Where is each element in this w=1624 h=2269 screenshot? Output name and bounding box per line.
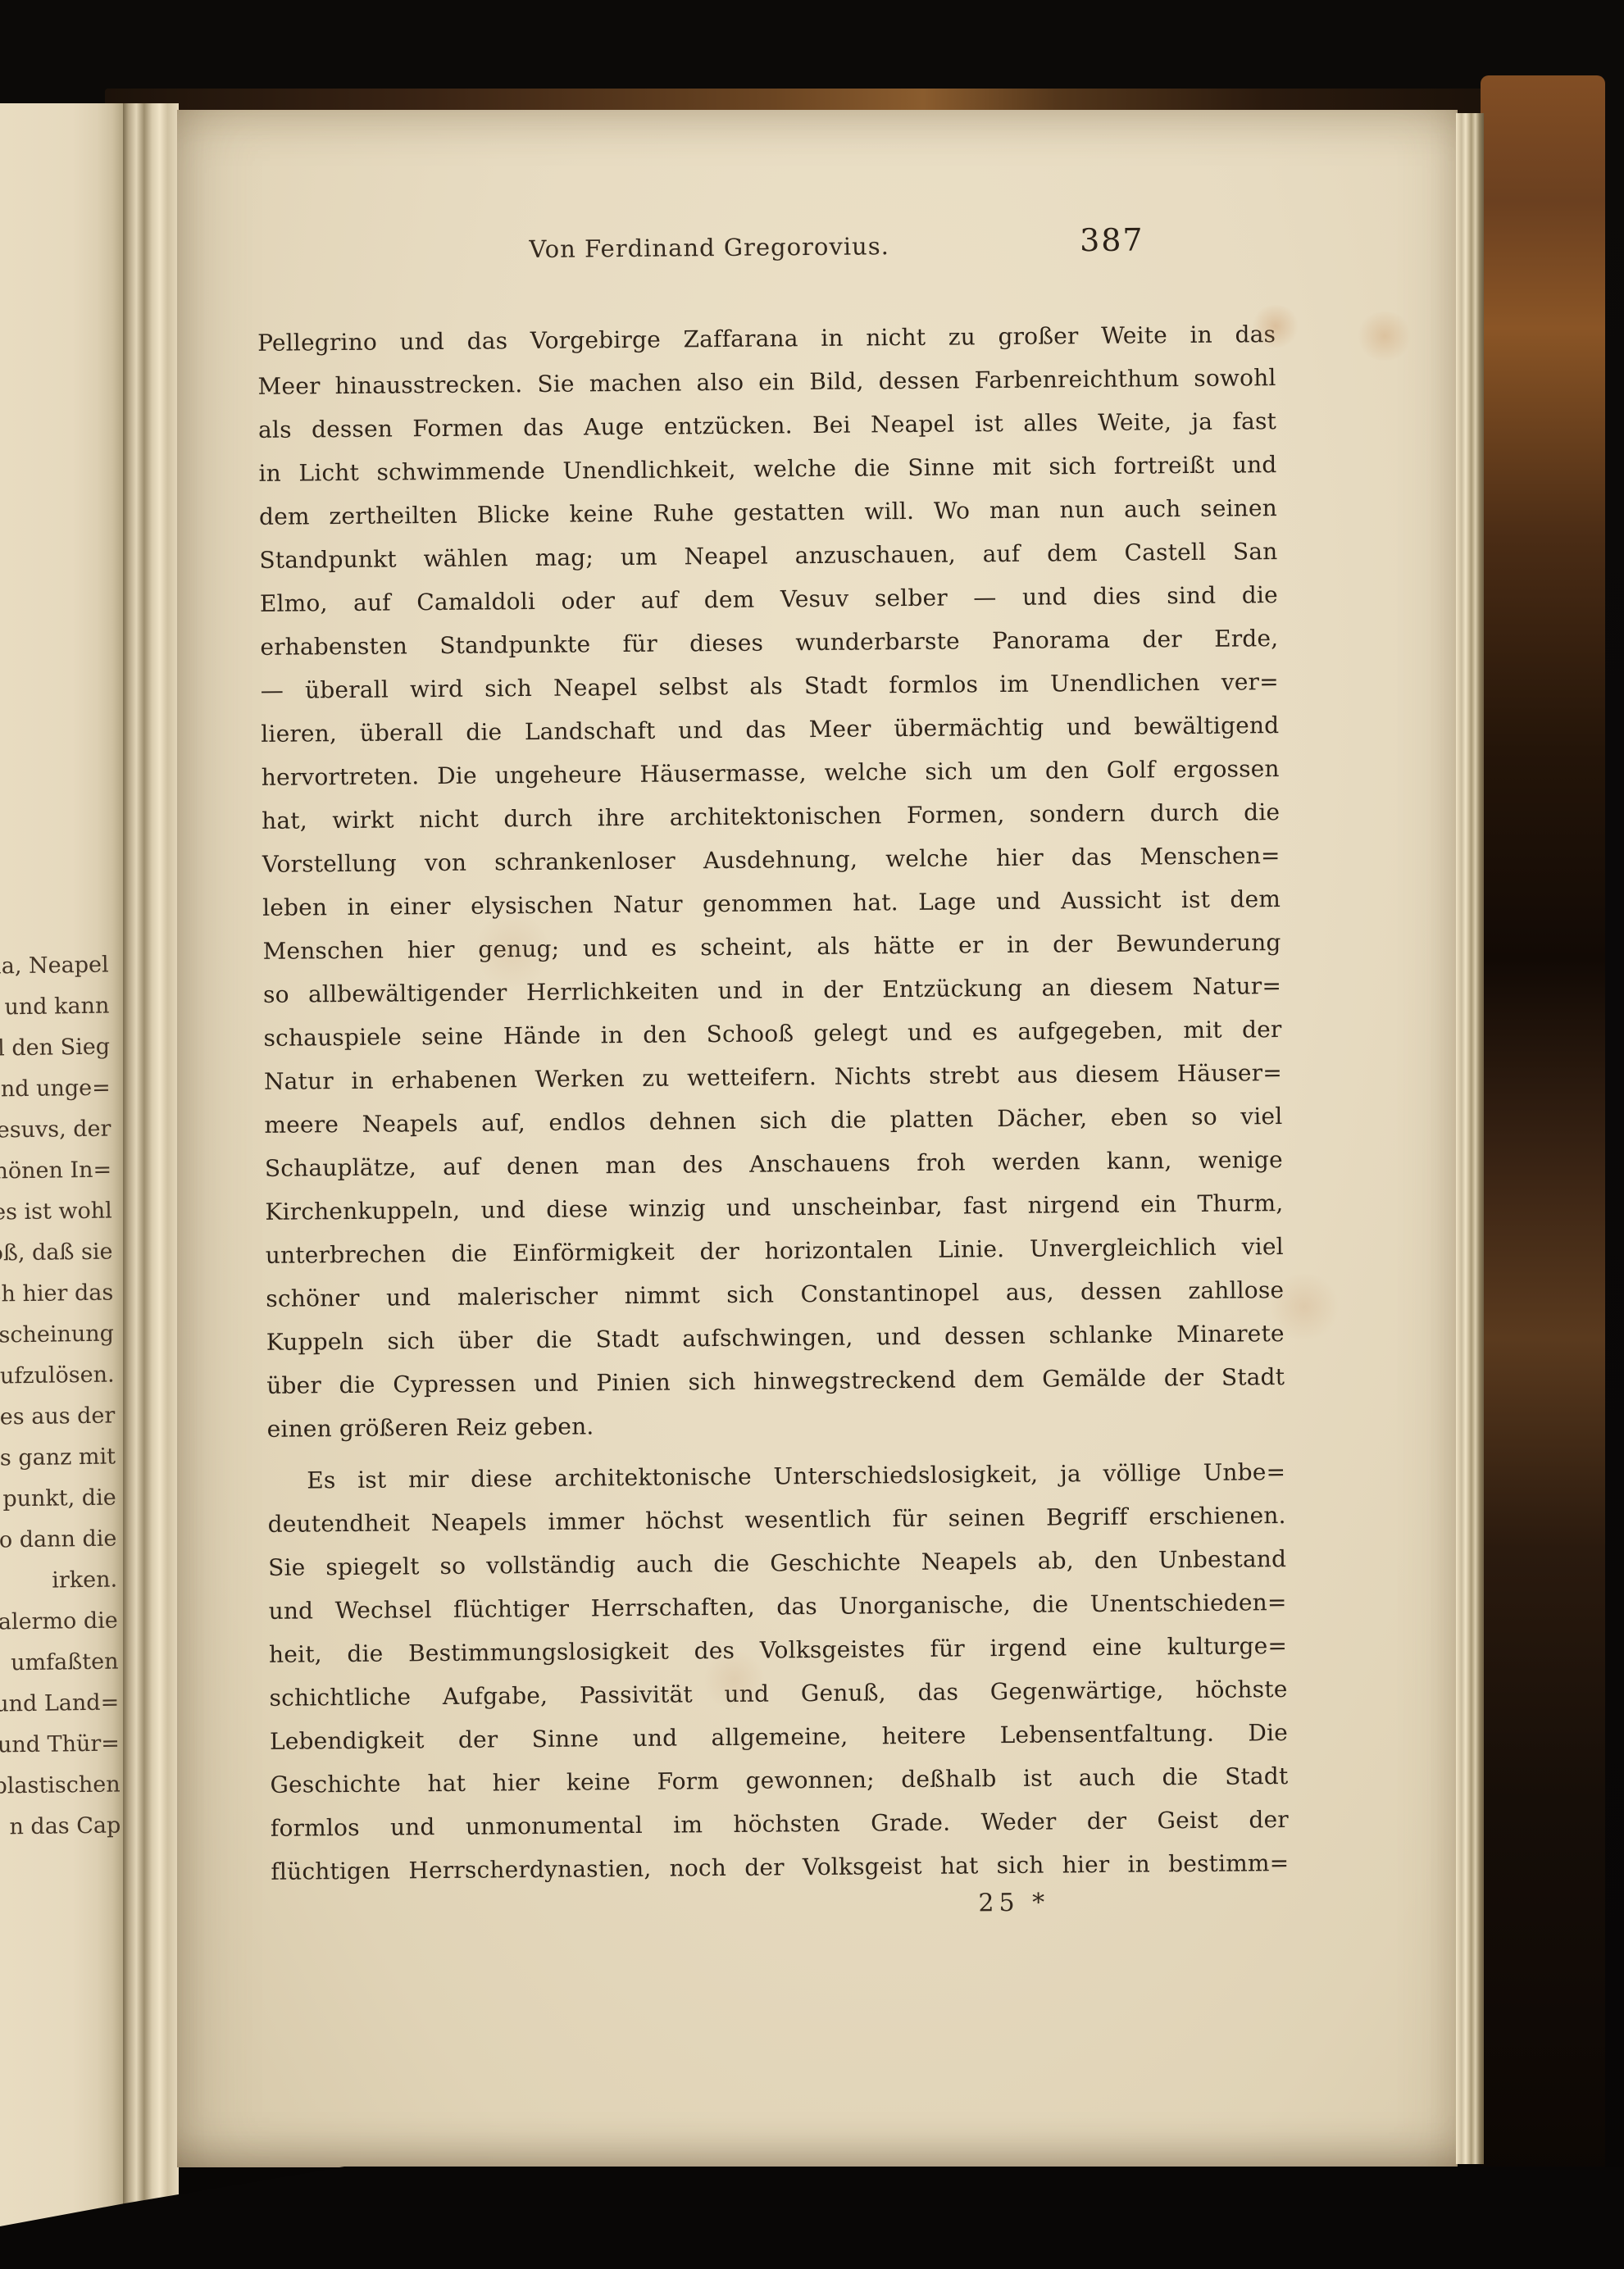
facing-fragment-line: irken. — [0, 1559, 117, 1606]
facing-fragment-line: und unge= — [0, 1068, 111, 1115]
gutter-shadow — [123, 103, 179, 2226]
facing-fragment-line: und Thür= — [0, 1723, 120, 1770]
page-header-author: Von Ferdinand Gregorovius. — [447, 231, 971, 264]
facing-fragment-line: , und kann — [0, 986, 110, 1033]
facing-fragment-line: n das Cap — [0, 1805, 121, 1852]
facing-page-fragments: ua, Neapel, und kannl den Siegund unge=e… — [0, 945, 121, 1853]
text-line: über die Cypressen und Pinien sich hinwe… — [266, 1355, 1285, 1407]
paragraph-1: Pellegrino und das Vorgebirge Zaffarana … — [257, 312, 1285, 1451]
facing-fragment-line: esuvs, der — [0, 1109, 111, 1156]
page-number: 387 — [1080, 221, 1178, 258]
text-line: einen größeren Reiz geben. — [266, 1398, 1285, 1451]
facing-fragment-line: o dann die — [0, 1518, 117, 1565]
leather-cover-right-edge — [1481, 75, 1605, 2180]
facing-fragment-line: punkt, die — [0, 1477, 116, 1524]
facing-fragment-line: des ist wohl — [0, 1191, 112, 1238]
body-text: Pellegrino und das Vorgebirge Zaffarana … — [257, 312, 1290, 1894]
text-line: flüchtigen Herrscherdynastien, noch der … — [271, 1841, 1289, 1894]
facing-fragment-line: es aus der — [0, 1396, 116, 1443]
sheet-signature: 25 * — [891, 1888, 1137, 1919]
page-fore-edge — [1456, 113, 1484, 2164]
facing-fragment-line: oß, daß sie — [0, 1232, 113, 1279]
facing-fragment-line: und Land= — [0, 1682, 120, 1729]
facing-fragment-line: es ganz mit — [0, 1437, 116, 1484]
facing-fragment-line: alermo die — [0, 1600, 118, 1647]
page-content: Von Ferdinand Gregorovius. 387 Pellegrin… — [177, 110, 1458, 2167]
facing-fragment-line: l den Sieg — [0, 1027, 110, 1074]
facing-fragment-line: Erscheinung — [0, 1314, 114, 1361]
facing-page: ua, Neapel, und kannl den Siegund unge=e… — [0, 103, 125, 2226]
facing-fragment-line: umfaßten — [0, 1641, 119, 1688]
facing-fragment-line: ua, Neapel — [0, 945, 109, 992]
book-scan: { "document": { "header": { "author_line… — [0, 0, 1624, 2269]
facing-fragment-line: aufzulösen. — [0, 1355, 115, 1402]
facing-fragment-line: ch hier das — [0, 1273, 114, 1320]
facing-fragment-line: plastischen — [0, 1764, 121, 1811]
book-page: Von Ferdinand Gregorovius. 387 Pellegrin… — [177, 110, 1458, 2167]
facing-fragment-line: schönen In= — [0, 1150, 111, 1197]
paragraph-2: Es ist mir diese architektonische Unters… — [267, 1450, 1290, 1894]
